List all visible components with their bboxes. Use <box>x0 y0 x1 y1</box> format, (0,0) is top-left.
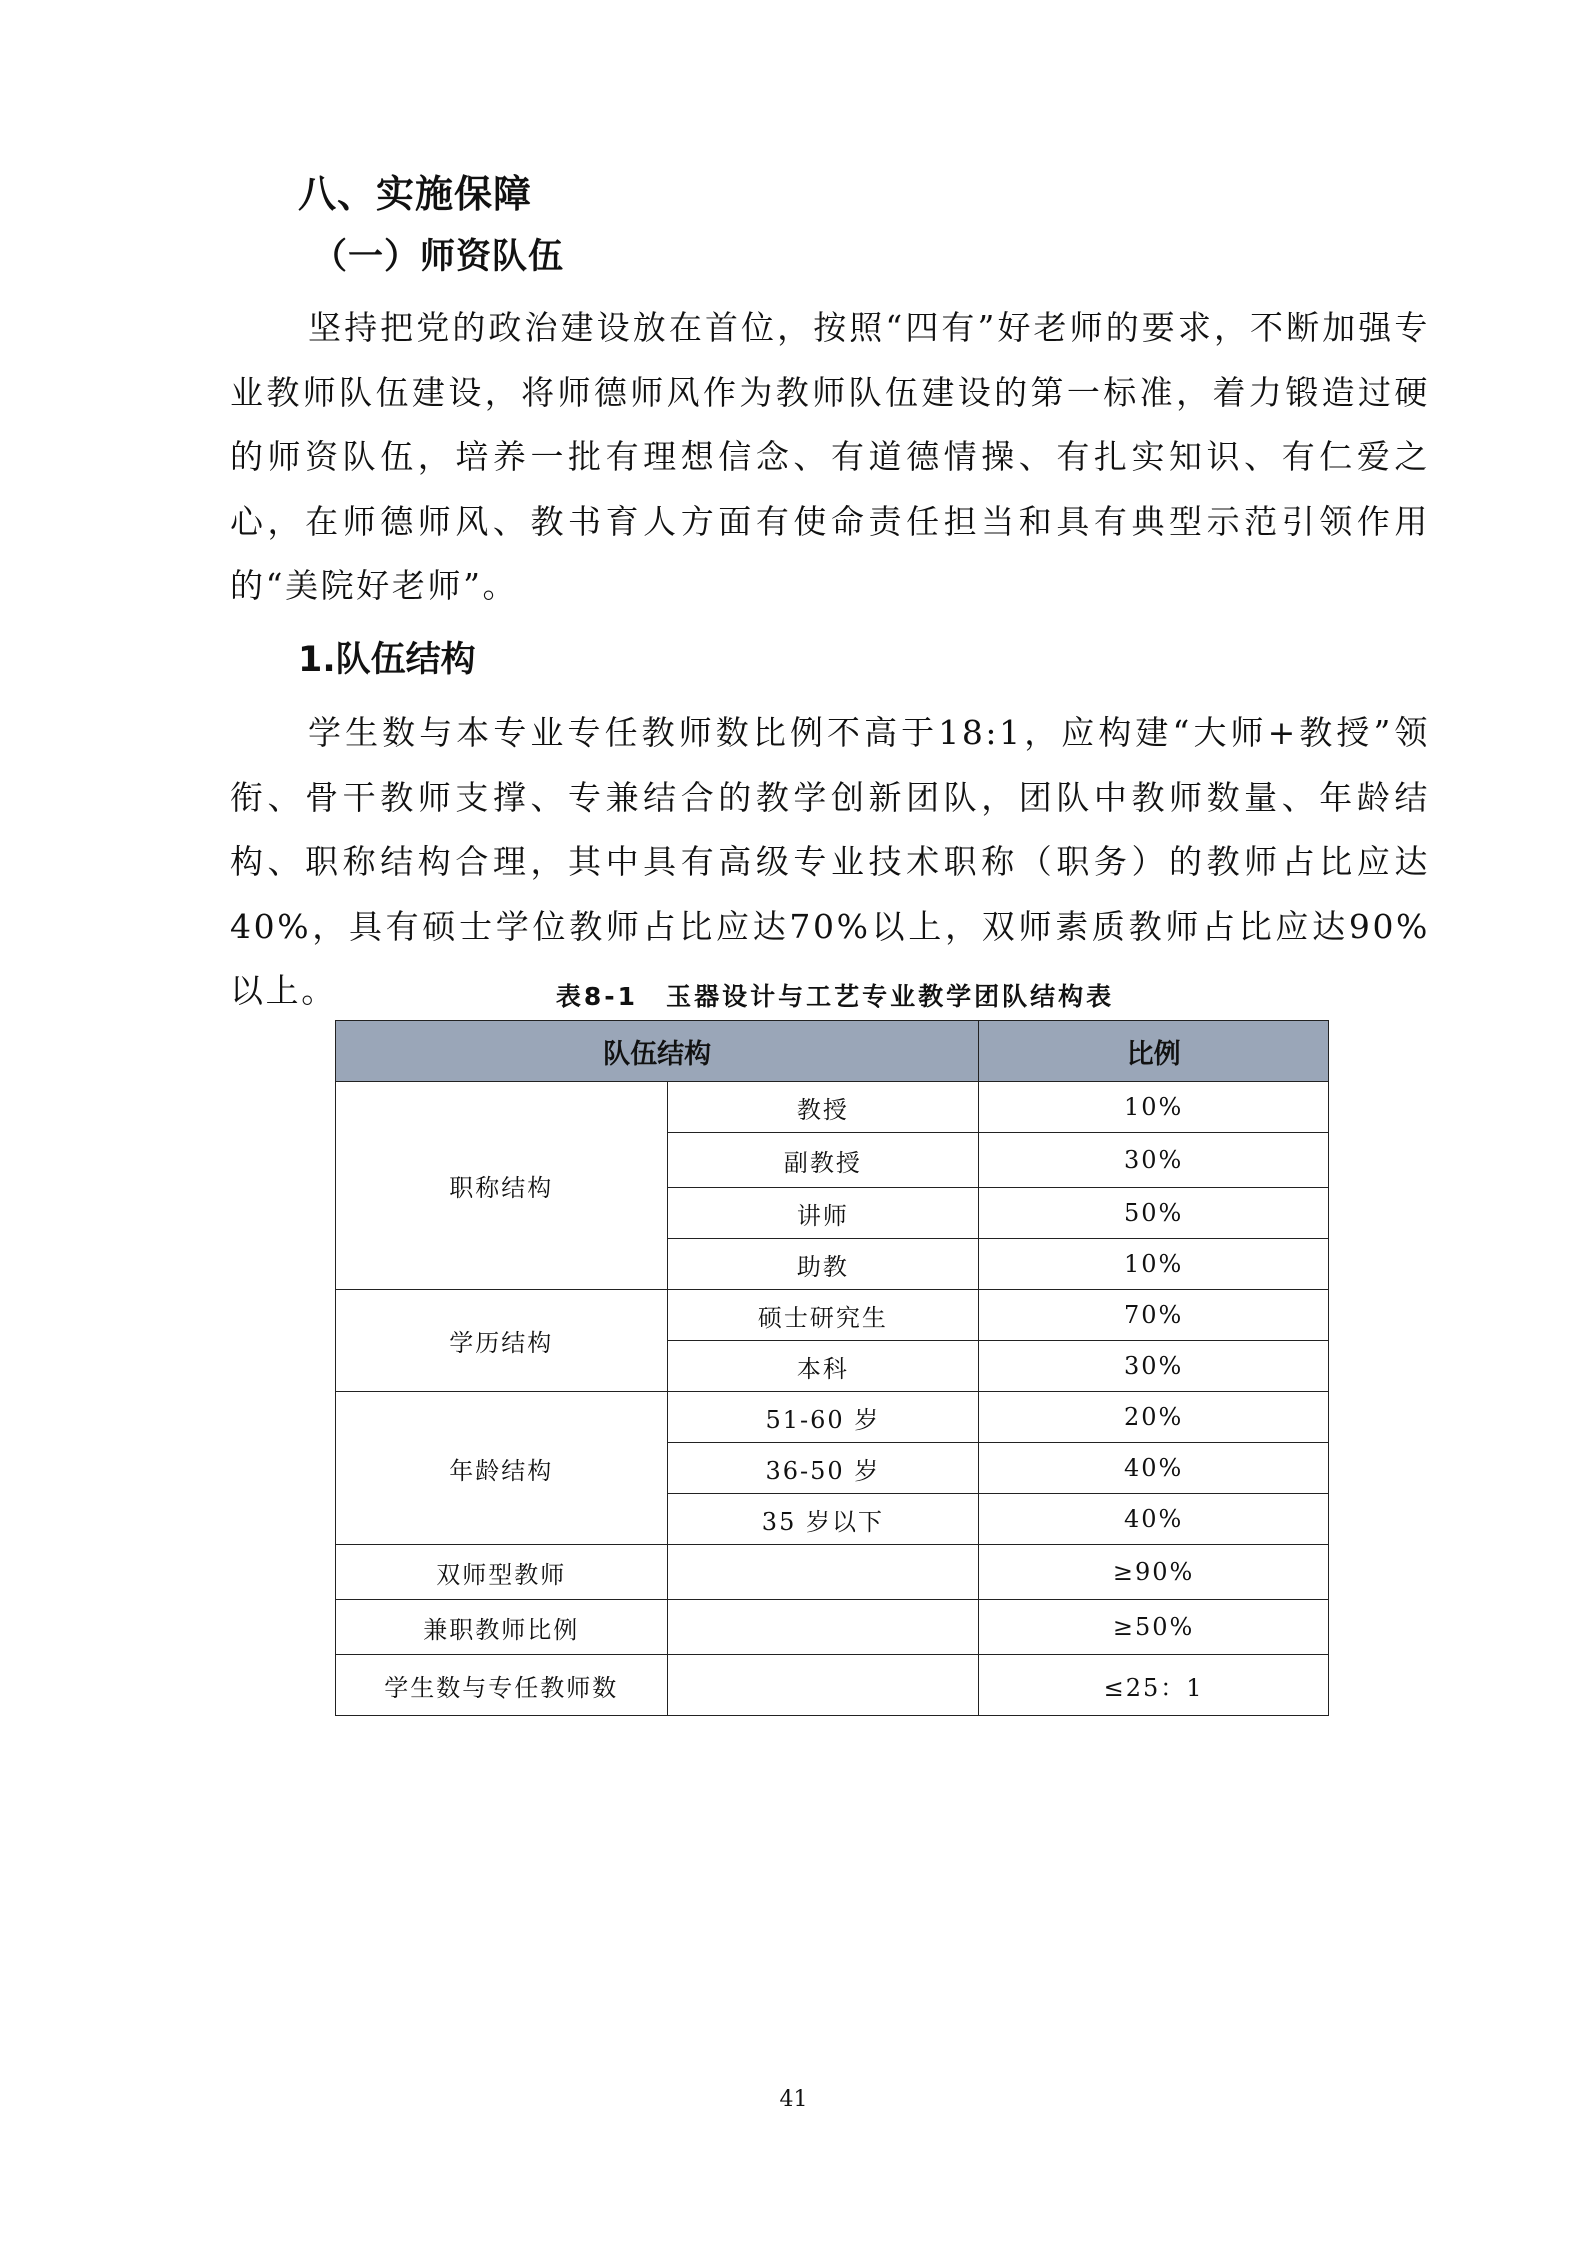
table-row: 学生数与专任教师数 ≤25：1 <box>336 1655 1329 1716</box>
table-row: 职称结构 教授 10% <box>336 1082 1329 1133</box>
table-caption: 表8-1 玉器设计与工艺专业教学团队结构表 <box>335 979 1335 1015</box>
item-cell: 35 岁以下 <box>667 1494 979 1545</box>
category-cell: 双师型教师 <box>336 1545 668 1600</box>
table-row: 双师型教师 ≥90% <box>336 1545 1329 1600</box>
table-header-row: 队伍结构 比例 <box>336 1021 1329 1082</box>
category-cell: 兼职教师比例 <box>336 1600 668 1655</box>
item-cell <box>667 1545 979 1600</box>
item-cell <box>667 1655 979 1716</box>
intro-paragraph: 坚持把党的政治建设放在首位，按照“四有”好老师的要求，不断加强专业教师队伍建设，… <box>230 296 1430 619</box>
value-cell: ≥90% <box>979 1545 1329 1600</box>
table-row: 兼职教师比例 ≥50% <box>336 1600 1329 1655</box>
item-cell: 36-50 岁 <box>667 1443 979 1494</box>
team-structure-table: 队伍结构 比例 职称结构 教授 10% 副教授 30% 讲师 50% 助教 10… <box>335 1020 1329 1716</box>
category-cell: 学生数与专任教师数 <box>336 1655 668 1716</box>
page-number: 41 <box>0 2087 1587 2112</box>
value-cell: 30% <box>979 1133 1329 1188</box>
value-cell: 50% <box>979 1188 1329 1239</box>
item-cell <box>667 1600 979 1655</box>
item-cell: 副教授 <box>667 1133 979 1188</box>
item-cell: 讲师 <box>667 1188 979 1239</box>
category-cell: 职称结构 <box>336 1082 668 1290</box>
header-ratio: 比例 <box>979 1021 1329 1082</box>
table-row: 年龄结构 51-60 岁 20% <box>336 1392 1329 1443</box>
item-cell: 本科 <box>667 1341 979 1392</box>
value-cell: 10% <box>979 1239 1329 1290</box>
item-cell: 教授 <box>667 1082 979 1133</box>
document-page: 八、实施保障 （一）师资队伍 坚持把党的政治建设放在首位，按照“四有”好老师的要… <box>0 0 1587 2245</box>
value-cell: 30% <box>979 1341 1329 1392</box>
value-cell: 40% <box>979 1494 1329 1545</box>
value-cell: ≥50% <box>979 1600 1329 1655</box>
value-cell: ≤25：1 <box>979 1655 1329 1716</box>
value-cell: 10% <box>979 1082 1329 1133</box>
item-cell: 51-60 岁 <box>667 1392 979 1443</box>
item-cell: 硕士研究生 <box>667 1290 979 1341</box>
section-heading: 八、实施保障 <box>298 168 532 220</box>
subsection-heading-teachers: （一）师资队伍 <box>312 232 564 282</box>
structure-paragraph: 学生数与本专业专任教师数比例不高于18:1，应构建“大师+教授”领衔、骨干教师支… <box>230 701 1430 1024</box>
category-cell: 学历结构 <box>336 1290 668 1392</box>
value-cell: 20% <box>979 1392 1329 1443</box>
header-structure: 队伍结构 <box>336 1021 979 1082</box>
value-cell: 70% <box>979 1290 1329 1341</box>
subsection-heading-structure: 1.队伍结构 <box>298 634 476 686</box>
value-cell: 40% <box>979 1443 1329 1494</box>
table-row: 学历结构 硕士研究生 70% <box>336 1290 1329 1341</box>
item-cell: 助教 <box>667 1239 979 1290</box>
category-cell: 年龄结构 <box>336 1392 668 1545</box>
